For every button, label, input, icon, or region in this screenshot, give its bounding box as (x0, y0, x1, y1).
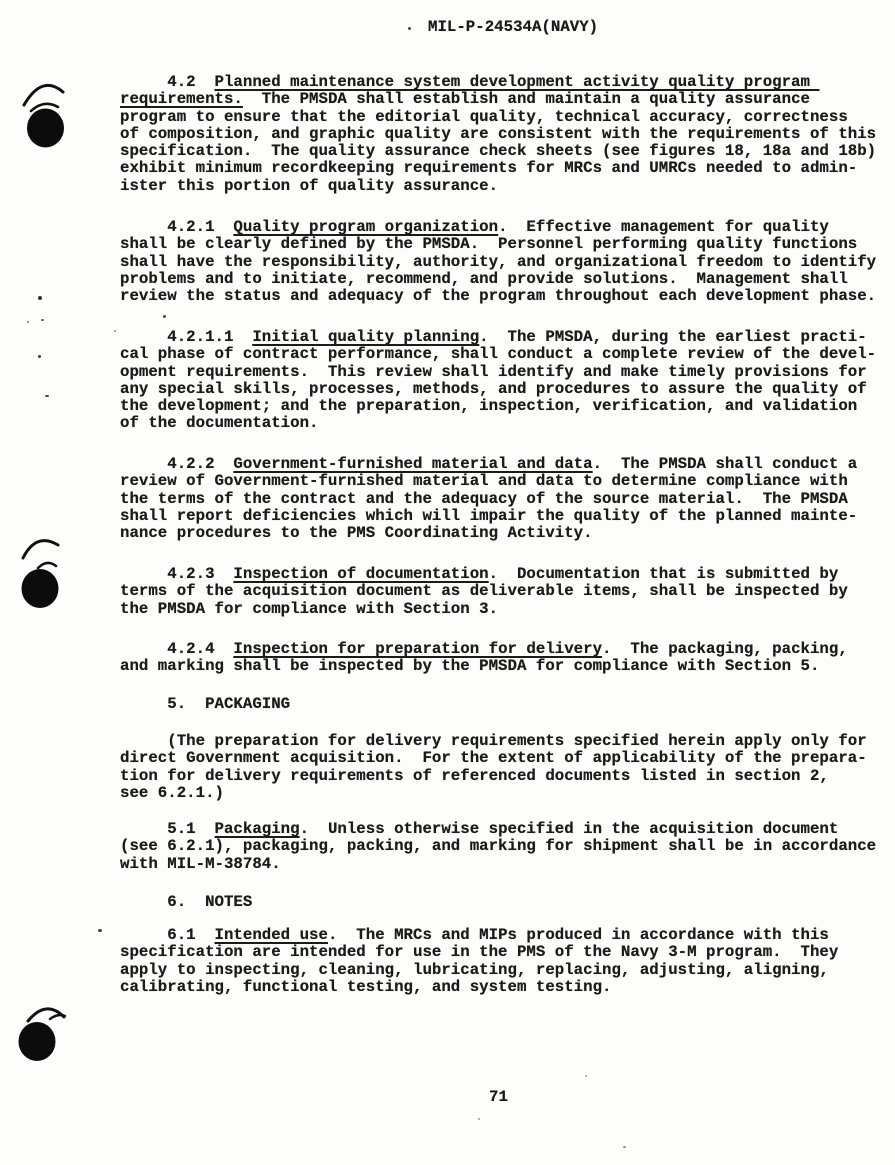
body-text: . The MRCs and MIPs produced in accordan… (328, 926, 829, 944)
text-line: (The preparation for delivery requiremen… (120, 733, 867, 750)
body-text: shall be clearly defined by the PMSDA. P… (120, 235, 857, 253)
text-line: direct Government acquisition. For the e… (120, 750, 867, 767)
body-text: with MIL-M-38784. (120, 855, 281, 873)
body-text: terms of the acquisition document as del… (120, 582, 848, 600)
scan-speck (585, 1075, 587, 1077)
body-text: . Effective management for quality (498, 218, 829, 236)
body-text: the development; and the preparation, in… (120, 397, 857, 415)
body-text: of composition, and graphic quality are … (120, 125, 876, 143)
body-text: 4.2.2 (120, 455, 233, 473)
scan-speck (38, 355, 41, 358)
body-text: calibrating, functional testing, and sys… (120, 978, 611, 996)
body-text: problems and to initiate, recommend, and… (120, 270, 848, 288)
document-id-header: MIL-P-24534A(NAVY) (428, 19, 598, 36)
text-line: the terms of the contract and the adequa… (120, 491, 857, 508)
punch-hole-bottom (19, 1009, 66, 1061)
paragraph-5-1: 5.1 Packaging. Unless otherwise specifie… (120, 821, 876, 873)
body-text: The PMSDA shall establish and maintain a… (243, 90, 810, 108)
punch-holes (0, 0, 90, 1165)
text-line: 4.2.1.1 Initial quality planning. The PM… (120, 329, 876, 346)
body-text: . The PMSDA shall conduct a (593, 455, 858, 473)
scan-speck (38, 296, 42, 300)
body-text: opment requirements. This review shall i… (120, 363, 867, 381)
scan-speck (98, 929, 102, 932)
text-line: specification. The quality assurance che… (120, 143, 876, 160)
underlined-heading-text: Inspection of documentation (233, 565, 488, 583)
body-text: ister this portion of quality assurance. (120, 177, 498, 195)
body-text: program to ensure that the editorial qua… (120, 108, 848, 126)
text-line: opment requirements. This review shall i… (120, 364, 876, 381)
body-text: the terms of the contract and the adequa… (120, 490, 848, 508)
punch-hole-middle (22, 541, 59, 608)
body-text: direct Government acquisition. For the e… (120, 749, 867, 767)
body-text: specification. The quality assurance che… (120, 142, 876, 160)
body-text: specification are intended for use in th… (120, 943, 838, 961)
body-text: review of Government-furnished material … (120, 472, 848, 490)
text-line: apply to inspecting, cleaning, lubricati… (120, 962, 838, 979)
body-text: 4.2.3 (120, 565, 233, 583)
text-line: any special skills, processes, methods, … (120, 381, 876, 398)
text-line: requirements. The PMSDA shall establish … (120, 91, 876, 108)
body-text: cal phase of contract performance, shall… (120, 345, 876, 363)
text-line: problems and to initiate, recommend, and… (120, 271, 876, 288)
paragraph-5-note: (The preparation for delivery requiremen… (120, 733, 867, 802)
text-line: terms of the acquisition document as del… (120, 583, 848, 600)
underlined-heading-text: requirements. (120, 90, 243, 108)
body-text: exhibit minimum recordkeeping requiremen… (120, 159, 857, 177)
body-text: any special skills, processes, methods, … (120, 380, 867, 398)
body-text: 4.2.4 (120, 640, 233, 658)
underlined-heading-text: Packaging (215, 820, 300, 838)
text-line: of composition, and graphic quality are … (120, 126, 876, 143)
text-line: (see 6.2.1), packaging, packing, and mar… (120, 838, 876, 855)
paragraph-4-2-3: 4.2.3 Inspection of documentation. Docum… (120, 566, 848, 618)
body-text: and marking shall be inspected by the PM… (120, 657, 819, 675)
text-line: 6. NOTES (120, 894, 252, 911)
underlined-heading-text: Quality program organization (233, 218, 498, 236)
text-line: shall be clearly defined by the PMSDA. P… (120, 236, 876, 253)
body-text: 4.2 (120, 73, 215, 91)
body-text: 5. PACKAGING (120, 695, 290, 713)
body-text: shall have the responsibility, authority… (120, 253, 876, 271)
text-line: review of Government-furnished material … (120, 473, 857, 490)
text-line: ister this portion of quality assurance. (120, 178, 876, 195)
text-line: program to ensure that the editorial qua… (120, 109, 876, 126)
text-line: 6.1 Intended use. The MRCs and MIPs prod… (120, 927, 838, 944)
text-line: review the status and adequacy of the pr… (120, 288, 876, 305)
text-line: calibrating, functional testing, and sys… (120, 979, 838, 996)
text-line: 4.2.3 Inspection of documentation. Docum… (120, 566, 848, 583)
text-line: nance procedures to the PMS Coordinating… (120, 525, 857, 542)
scan-speck (623, 1146, 626, 1148)
scan-speck (114, 330, 116, 332)
body-text: the PMSDA for compliance with Section 3. (120, 600, 498, 618)
text-line: cal phase of contract performance, shall… (120, 346, 876, 363)
text-line: the development; and the preparation, in… (120, 398, 876, 415)
text-line: 4.2.2 Government-furnished material and … (120, 456, 857, 473)
body-text: of the documentation. (120, 414, 318, 432)
text-line: shall report deficiencies which will imp… (120, 508, 857, 525)
text-line: see 6.2.1.) (120, 785, 867, 802)
text-line: of the documentation. (120, 415, 876, 432)
body-text: tion for delivery requirements of refere… (120, 767, 829, 785)
body-text: nance procedures to the PMS Coordinating… (120, 524, 593, 542)
underlined-heading-text: Inspection for preparation for delivery (233, 640, 602, 658)
body-text: 6. NOTES (120, 893, 252, 911)
text-line: 5.1 Packaging. Unless otherwise specifie… (120, 821, 876, 838)
body-text: 6.1 (120, 926, 215, 944)
body-text: . Unless otherwise specified in the acqu… (300, 820, 839, 838)
text-line: 4.2.4 Inspection for preparation for del… (120, 641, 848, 658)
text-line: 4.2.1 Quality program organization. Effe… (120, 219, 876, 236)
scan-speck (27, 321, 29, 323)
underlined-heading-text: Intended use (215, 926, 328, 944)
scan-speck (45, 395, 49, 397)
text-line: the PMSDA for compliance with Section 3. (120, 601, 848, 618)
scan-speck (408, 27, 411, 30)
body-text: . The packaging, packing, (602, 640, 848, 658)
scan-speck (163, 315, 166, 318)
body-text: see 6.2.1.) (120, 784, 224, 802)
page-number: 71 (489, 1089, 508, 1106)
body-text: review the status and adequacy of the pr… (120, 287, 876, 305)
body-text: shall report deficiencies which will imp… (120, 507, 857, 525)
body-text: 5.1 (120, 820, 215, 838)
body-text: . Documentation that is submitted by (489, 565, 839, 583)
text-line: tion for delivery requirements of refere… (120, 768, 867, 785)
text-line: 4.2 Planned maintenance system developme… (120, 74, 876, 91)
body-text: 4.2.1 (120, 218, 233, 236)
underlined-heading-text: Initial quality planning (252, 328, 479, 346)
text-line: shall have the responsibility, authority… (120, 254, 876, 271)
text-line: 5. PACKAGING (120, 696, 290, 713)
underlined-heading-text: Planned maintenance system development a… (215, 73, 820, 91)
scanned-document-page: MIL-P-24534A(NAVY) 4.2 Planned maintenan… (0, 0, 895, 1165)
text-line: and marking shall be inspected by the PM… (120, 658, 848, 675)
body-text: 4.2.1.1 (120, 328, 252, 346)
paragraph-4-2-2: 4.2.2 Government-furnished material and … (120, 456, 857, 542)
scan-speck (478, 1118, 480, 1120)
text-line: specification are intended for use in th… (120, 944, 838, 961)
paragraph-6-1: 6.1 Intended use. The MRCs and MIPs prod… (120, 927, 838, 996)
text-line: exhibit minimum recordkeeping requiremen… (120, 160, 876, 177)
paragraph-4-2-1: 4.2.1 Quality program organization. Effe… (120, 219, 876, 305)
heading-6-notes: 6. NOTES (120, 894, 252, 911)
paragraph-4-2-4: 4.2.4 Inspection for preparation for del… (120, 641, 848, 676)
body-text: (see 6.2.1), packaging, packing, and mar… (120, 837, 876, 855)
punch-hole-top (24, 85, 64, 147)
text-line: with MIL-M-38784. (120, 856, 876, 873)
underlined-heading-text: Government-furnished material and data (233, 455, 592, 473)
scan-speck (41, 319, 44, 321)
paragraph-4-2-1-1: 4.2.1.1 Initial quality planning. The PM… (120, 329, 876, 433)
body-text: apply to inspecting, cleaning, lubricati… (120, 961, 829, 979)
body-text: . The PMSDA, during the earliest practi- (479, 328, 867, 346)
heading-5-packaging: 5. PACKAGING (120, 696, 290, 713)
body-text: (The preparation for delivery requiremen… (120, 732, 867, 750)
paragraph-4-2: 4.2 Planned maintenance system developme… (120, 74, 876, 195)
